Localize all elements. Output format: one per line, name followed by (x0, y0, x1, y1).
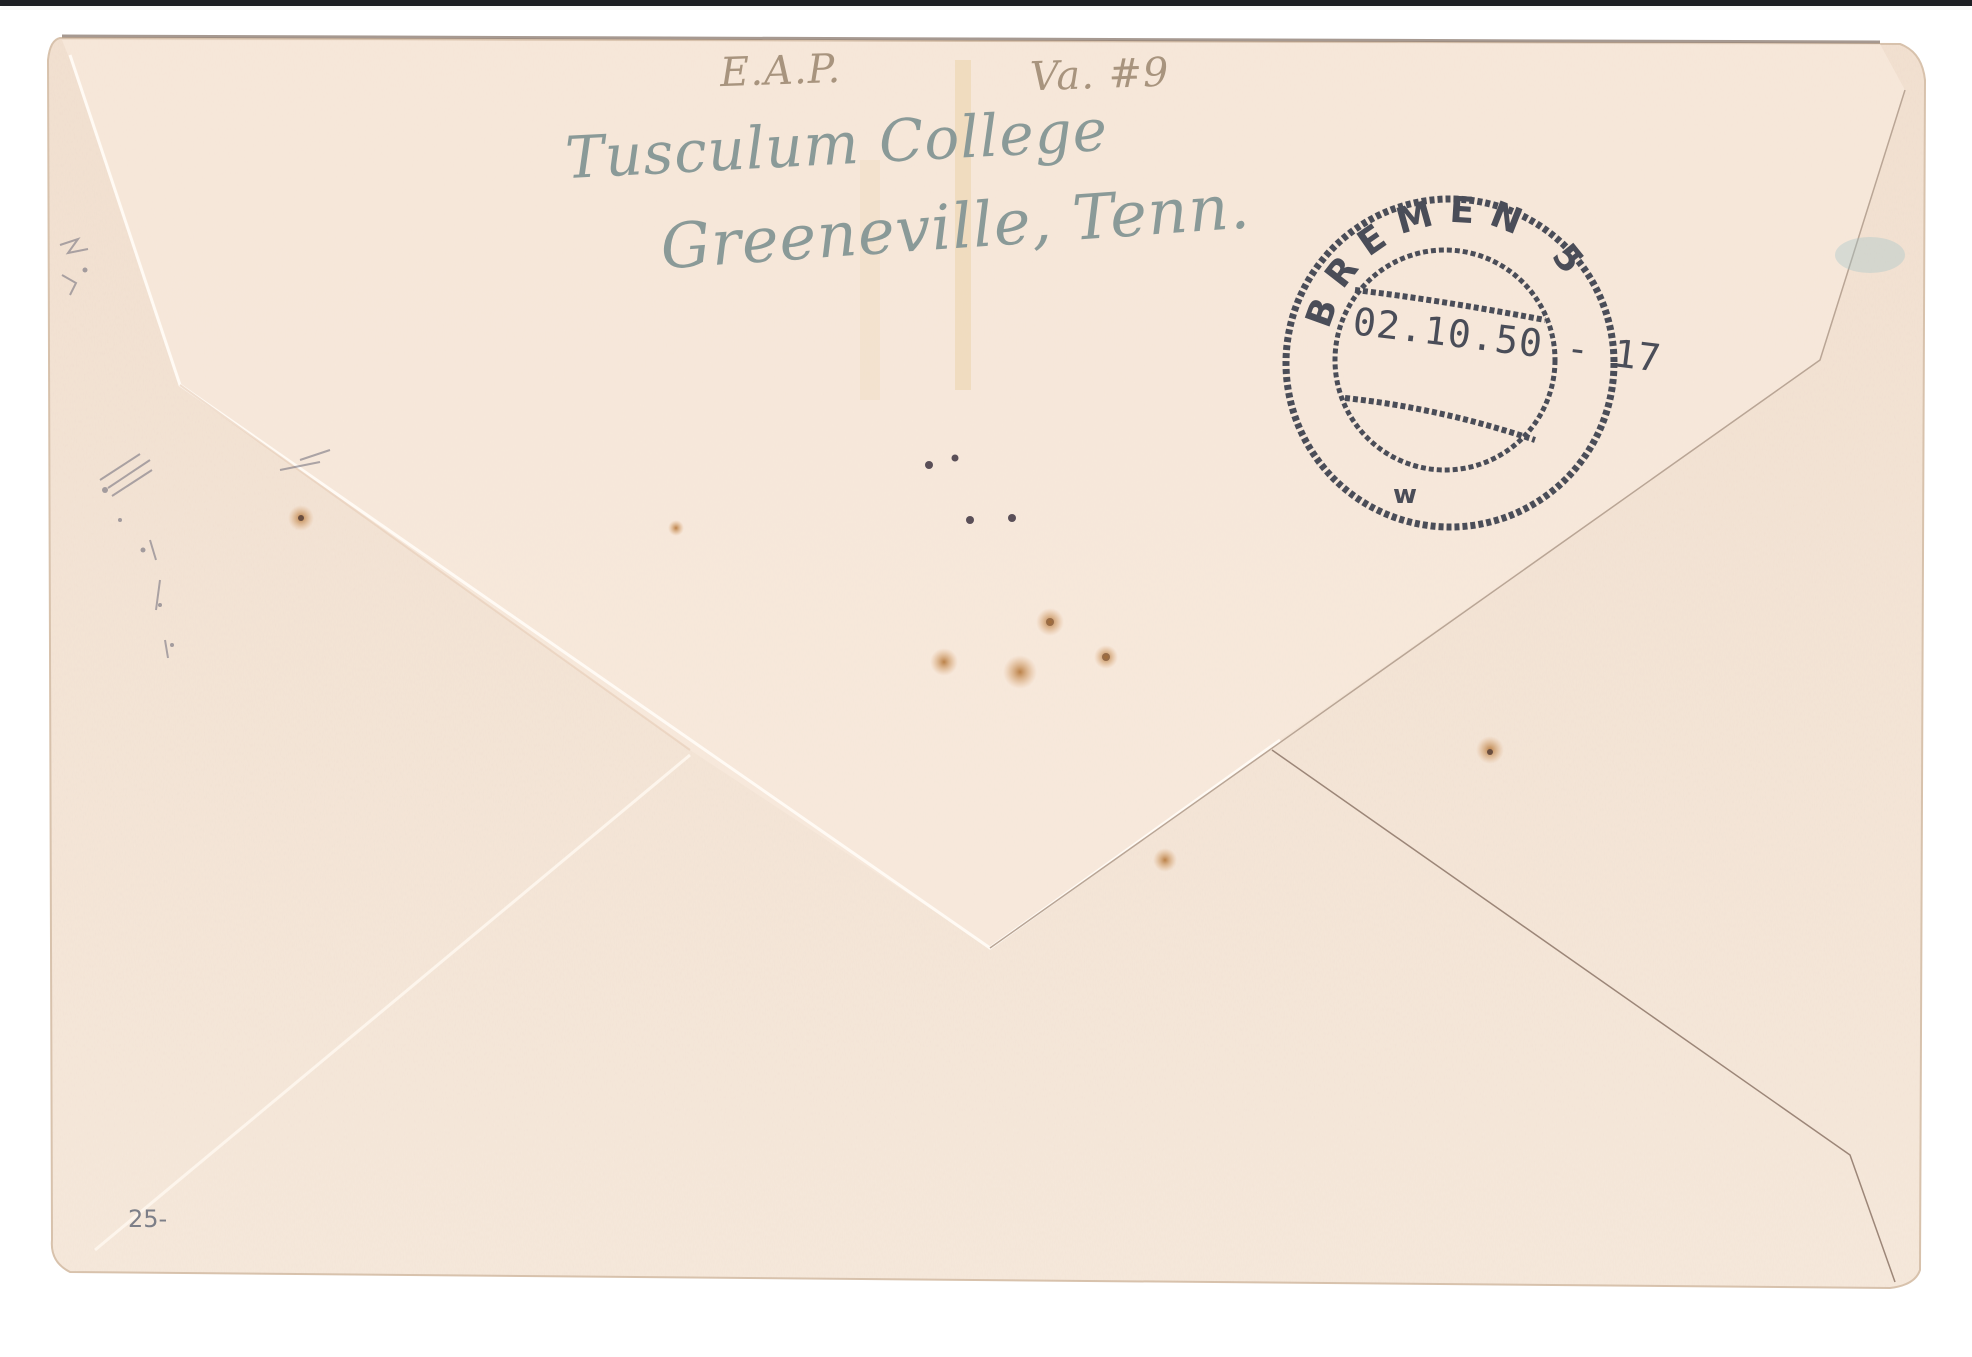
postmark-bottom-mark: w (1393, 480, 1417, 510)
return-suffix: Va. #9 (1029, 50, 1170, 101)
pencil-note: 25- (128, 1205, 167, 1233)
return-initials: E.A.P. (719, 46, 842, 96)
